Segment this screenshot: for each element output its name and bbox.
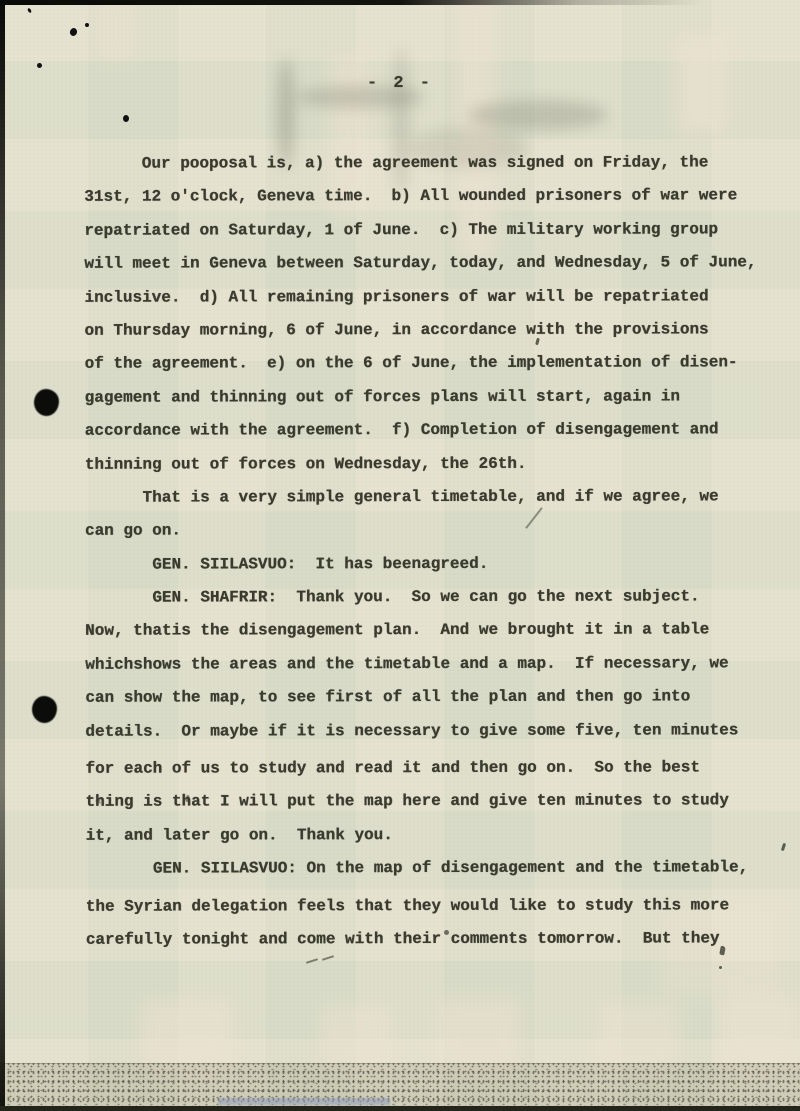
pencil-mark (306, 958, 318, 964)
scanned-document-page: - 2 - Our pooposal is, a) the agreement … (0, 0, 800, 1111)
text-line: can go on. (85, 514, 785, 549)
scan-edge-bottom (0, 1106, 800, 1111)
text-line: 31st, 12 o'clock, Geneva time. b) All wo… (84, 180, 784, 215)
paper-stain (598, 1002, 680, 1070)
stray-type-mark (719, 966, 722, 969)
text-line: accordance with the agreement. f) Comple… (85, 413, 785, 448)
transcript-text: Our pooposal is, a) the agreement was si… (84, 146, 786, 957)
text-line: carefully tonight and come with their co… (86, 922, 786, 957)
text-line: whichshows the areas and the timetable a… (85, 647, 785, 682)
text-line: Our pooposal is, a) the agreement was si… (84, 146, 784, 181)
scan-edge-left (0, 0, 5, 1111)
text-line: GEN. SIILASVUO: It has beenagreed. (85, 547, 785, 582)
ink-speck (69, 27, 78, 37)
paper-stain (96, 0, 136, 62)
text-line: thinning out of forces on Wednesday, the… (85, 447, 785, 482)
text-line: details. Or maybe if it is necessary to … (85, 714, 785, 749)
ink-speck (123, 115, 129, 122)
text-line: GEN. SIILASVUO: On the map of disengagem… (86, 851, 786, 886)
paper-stain (722, 995, 800, 1070)
hole-punch-mark (34, 389, 59, 416)
scan-edge-top (0, 0, 800, 5)
text-line: of the agreement. e) on the 6 of June, t… (85, 347, 785, 382)
paper-stain (675, 35, 725, 135)
text-line: That is a very simple general timetable,… (85, 480, 785, 515)
text-line: the Syrian delegation feels that they wo… (86, 889, 786, 924)
paper-stain (320, 1005, 392, 1069)
text-line: thing is that I will put the map here an… (85, 785, 785, 820)
ink-speck (37, 63, 42, 68)
hole-punch-mark (32, 696, 57, 723)
text-line: Now, thatis the disengagement plan. And … (85, 614, 785, 649)
scan-grain-band (0, 1063, 800, 1107)
text-line: it, and later go on. Thank you. (86, 818, 786, 853)
text-line: inclusive. d) All remaining prisoners of… (84, 280, 784, 315)
page-number: - 2 - (367, 74, 433, 93)
text-line: for each of us to study and read it and … (85, 751, 785, 786)
ink-speck (85, 23, 89, 27)
ink-speck (27, 8, 32, 14)
text-line: repatriated on Saturday, 1 of June. c) T… (84, 213, 784, 248)
text-line: GEN. SHAFRIR: Thank you. So we can go th… (85, 580, 785, 615)
paper-stain (140, 1000, 232, 1070)
text-line: can show the map, to see first of all th… (85, 681, 785, 716)
stray-type-mark (444, 930, 449, 935)
text-line: will meet in Geneva between Saturday, to… (84, 246, 784, 281)
scan-artifact-strip (218, 1098, 390, 1105)
paper-stain (438, 998, 522, 1070)
text-line: on Thursday morning, 6 of June, in accor… (85, 313, 785, 348)
ink-smudge (468, 100, 608, 130)
text-line: gagement and thinning out of forces plan… (85, 380, 785, 415)
